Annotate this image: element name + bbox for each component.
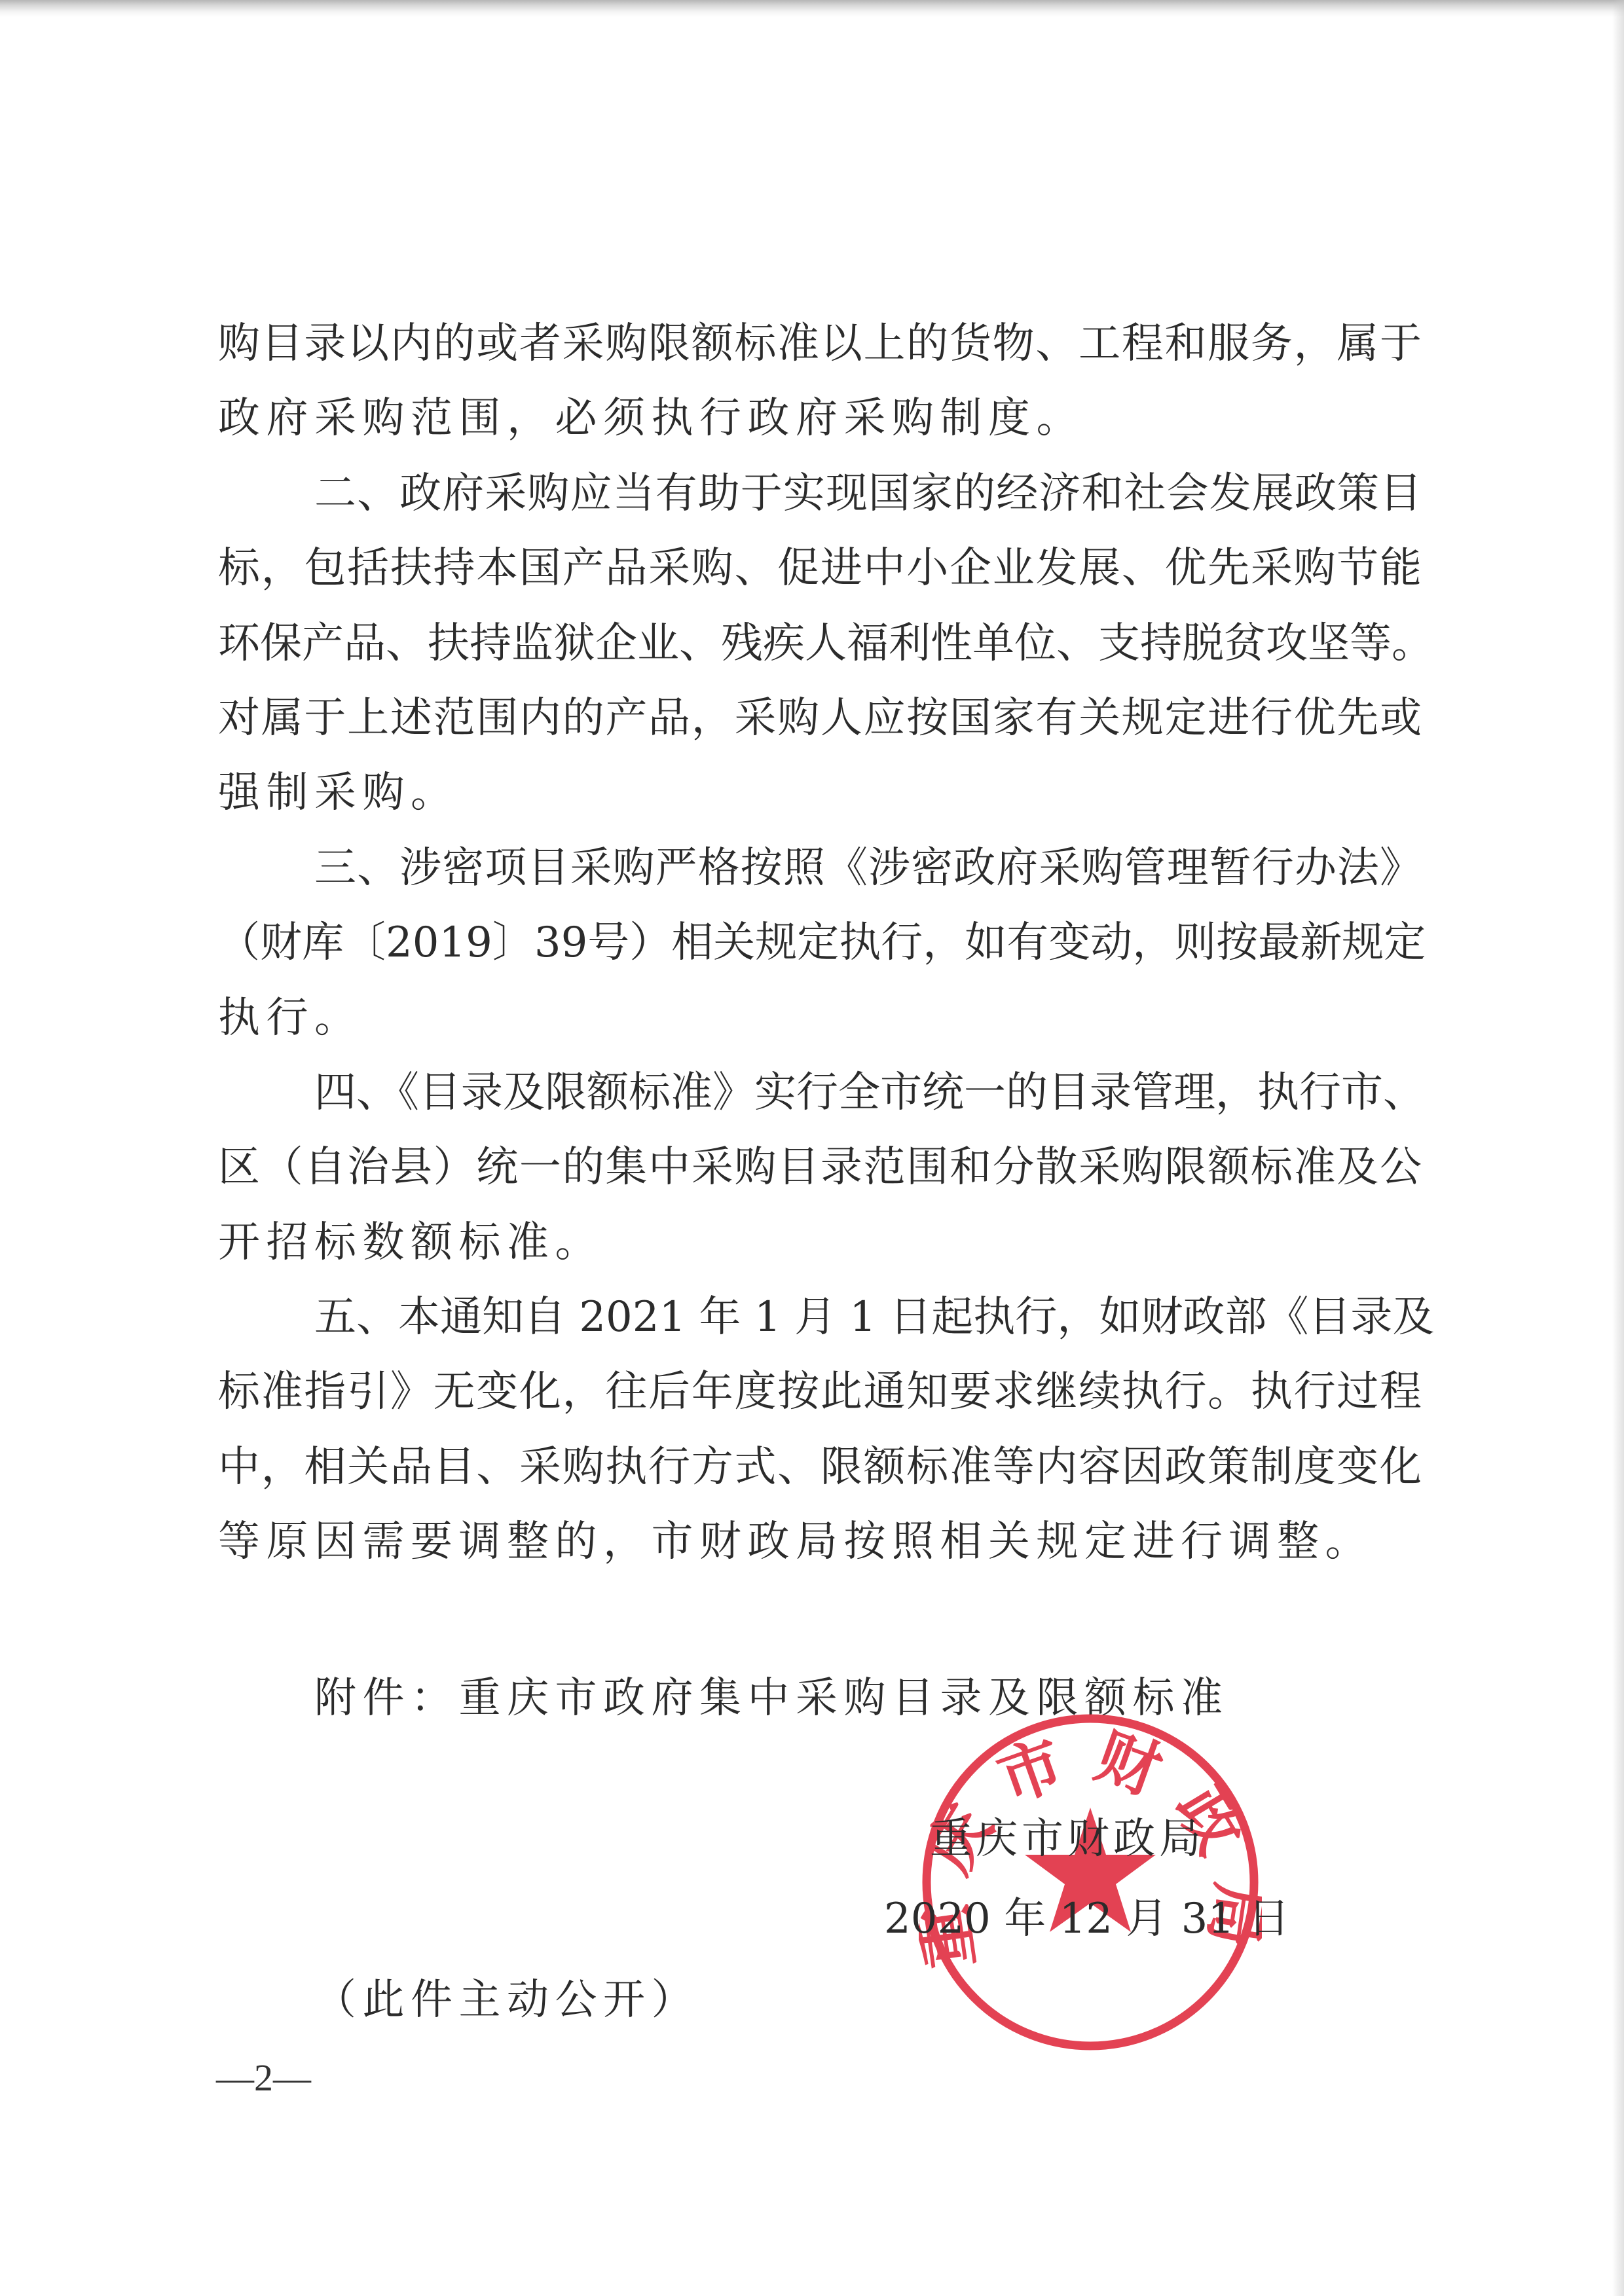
text-line: 四、《目录及限额标准》实行全市统一的目录管理，执行市、: [218, 1055, 1422, 1130]
text-line: 标准指引》无变化，往后年度按此通知要求继续执行。执行过程: [218, 1355, 1422, 1429]
text-line: 区（自治县）统一的集中采购目录范围和分散采购限额标准及公: [218, 1130, 1422, 1205]
public-disclosure-note: （此件主动公开）: [314, 1963, 699, 2037]
issuer-signature: 重庆市财政局: [930, 1802, 1205, 1876]
text-line: 五、本通知自 2021 年 1 月 1 日起执行，如财政部《目录及: [218, 1280, 1422, 1355]
text-line: 对属于上述范围内的产品，采购人应按国家有关规定进行优先或: [218, 681, 1422, 756]
paragraph-item-4: 四、《目录及限额标准》实行全市统一的目录管理，执行市、 区（自治县）统一的集中采…: [218, 1055, 1422, 1280]
text-line: 中，相关品目、采购执行方式、限额标准等内容因政策制度变化: [218, 1430, 1422, 1504]
paragraph-continuation: 购目录以内的或者采购限额标准以上的货物、工程和服务，属于 政府采购范围，必须执行…: [218, 306, 1422, 456]
text-line: 二、政府采购应当有助于实现国家的经济和社会发展政策目: [218, 456, 1422, 531]
document-body: 购目录以内的或者采购限额标准以上的货物、工程和服务，属于 政府采购范围，必须执行…: [218, 306, 1422, 1580]
scan-shadow-right: [1612, 0, 1624, 2296]
text-line: 执行。: [218, 981, 1422, 1055]
paragraph-item-3: 三、涉密项目采购严格按照《涉密政府采购管理暂行办法》 （财库〔2019〕39号）…: [218, 831, 1422, 1055]
paragraph-item-2: 二、政府采购应当有助于实现国家的经济和社会发展政策目 标，包括扶持本国产品采购、…: [218, 456, 1422, 831]
page-number: —2—: [216, 2057, 311, 2099]
text-line: 购目录以内的或者采购限额标准以上的货物、工程和服务，属于: [218, 306, 1422, 381]
text-line: 三、涉密项目采购严格按照《涉密政府采购管理暂行办法》: [218, 831, 1422, 905]
text-line: 开招标数额标准。: [218, 1205, 1422, 1280]
text-line: 等原因需要调整的，市财政局按照相关规定进行调整。: [218, 1504, 1422, 1579]
issue-date: 2020 年 12 月 31 日: [884, 1882, 1289, 1956]
scan-shadow-top: [0, 0, 1624, 17]
text-line: 政府采购范围，必须执行政府采购制度。: [218, 381, 1422, 456]
text-line: 强制采购。: [218, 756, 1422, 830]
text-line: 环保产品、扶持监狱企业、残疾人福利性单位、支持脱贫攻坚等。: [218, 606, 1422, 681]
text-line: 标，包括扶持本国产品采购、促进中小企业发展、优先采购节能: [218, 531, 1422, 606]
paragraph-item-5: 五、本通知自 2021 年 1 月 1 日起执行，如财政部《目录及 标准指引》无…: [218, 1280, 1422, 1580]
text-line: （财库〔2019〕39号）相关规定执行，如有变动，则按最新规定: [218, 905, 1422, 980]
